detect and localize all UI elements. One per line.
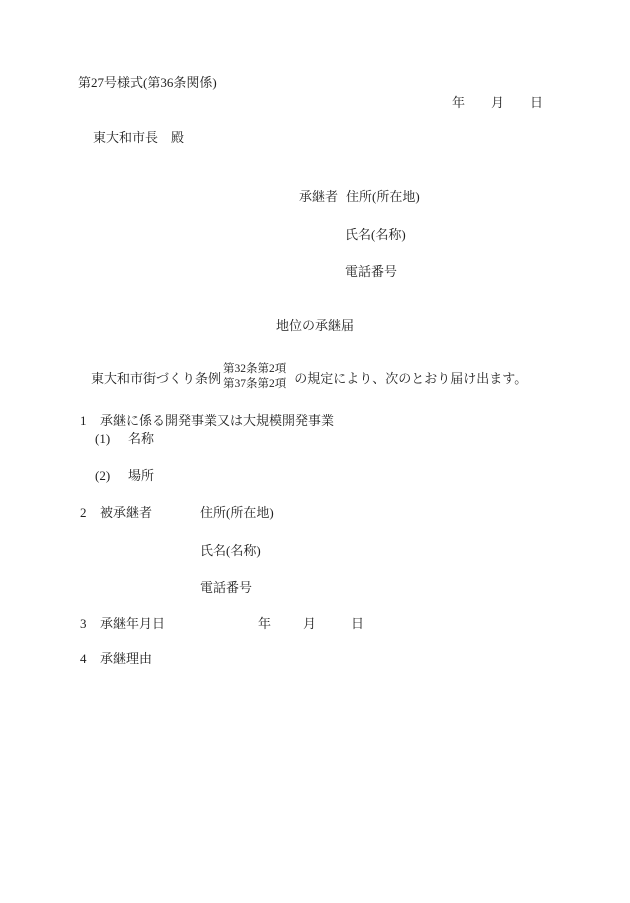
form-number: 第27号様式(第36条関係) xyxy=(78,75,217,90)
preamble: 東大和市街づくり条例 第32条第2項 第37条第2項 の規定により、次のとおり届… xyxy=(91,361,527,393)
header-date-year: 年 xyxy=(452,95,465,110)
preamble-ordinance: 東大和市街づくり条例 xyxy=(91,368,221,387)
item2-row: 2被承継者住所(所在地) xyxy=(80,505,274,520)
item1-sub1-row: (1)名称 xyxy=(95,431,154,446)
item3-month: 月 xyxy=(303,616,316,631)
item2-name-label: 氏名(名称) xyxy=(200,543,261,558)
item1-row: 1承継に係る開発事業又は大規模開発事業 xyxy=(80,413,334,428)
successor-row: 承継者 住所(所在地) xyxy=(299,189,420,204)
item3-row: 3承継年月日年月日 xyxy=(80,616,364,631)
header-date-day: 日 xyxy=(530,95,543,110)
successor-address-label: 住所(所在地) xyxy=(346,189,420,204)
preamble-suffix: の規定により、次のとおり届け出ます。 xyxy=(294,368,527,387)
clause-top: 第32条第2項 xyxy=(223,362,286,377)
item2-number: 2 xyxy=(80,505,100,520)
item3-number: 3 xyxy=(80,616,100,631)
item1-label: 承継に係る開発事業又は大規模開発事業 xyxy=(100,413,334,428)
header-date-month: 月 xyxy=(491,95,504,110)
item1-sub1-label: 名称 xyxy=(128,431,154,446)
successor-phone-label: 電話番号 xyxy=(345,264,397,279)
addressee: 東大和市長 殿 xyxy=(93,130,184,145)
document-title: 地位の承継届 xyxy=(0,318,630,333)
item4-number: 4 xyxy=(80,651,100,666)
form-document: 第27号様式(第36条関係) 年 月 日 東大和市長 殿 承継者 住所(所在地)… xyxy=(0,0,630,903)
item1-sub1-number: (1) xyxy=(95,431,128,446)
clause-bottom: 第37条第2項 xyxy=(223,377,286,392)
header-date-line: 年 月 日 xyxy=(452,95,543,110)
item3-year: 年 xyxy=(258,616,271,631)
item1-sub2-number: (2) xyxy=(95,468,128,483)
item1-sub2-row: (2)場所 xyxy=(95,468,154,483)
clause-stack: 第32条第2項 第37条第2項 xyxy=(223,362,286,392)
successor-name-label: 氏名(名称) xyxy=(345,227,406,242)
item1-number: 1 xyxy=(80,413,100,428)
successor-label: 承継者 xyxy=(299,189,338,204)
item3-label: 承継年月日 xyxy=(100,616,258,631)
item3-day: 日 xyxy=(351,616,364,631)
item4-row: 4承継理由 xyxy=(80,651,152,666)
item1-sub2-label: 場所 xyxy=(128,468,154,483)
item2-address-label: 住所(所在地) xyxy=(200,505,274,520)
item2-label: 被承継者 xyxy=(100,505,200,520)
item2-phone-label: 電話番号 xyxy=(200,580,252,595)
item4-label: 承継理由 xyxy=(100,651,152,666)
